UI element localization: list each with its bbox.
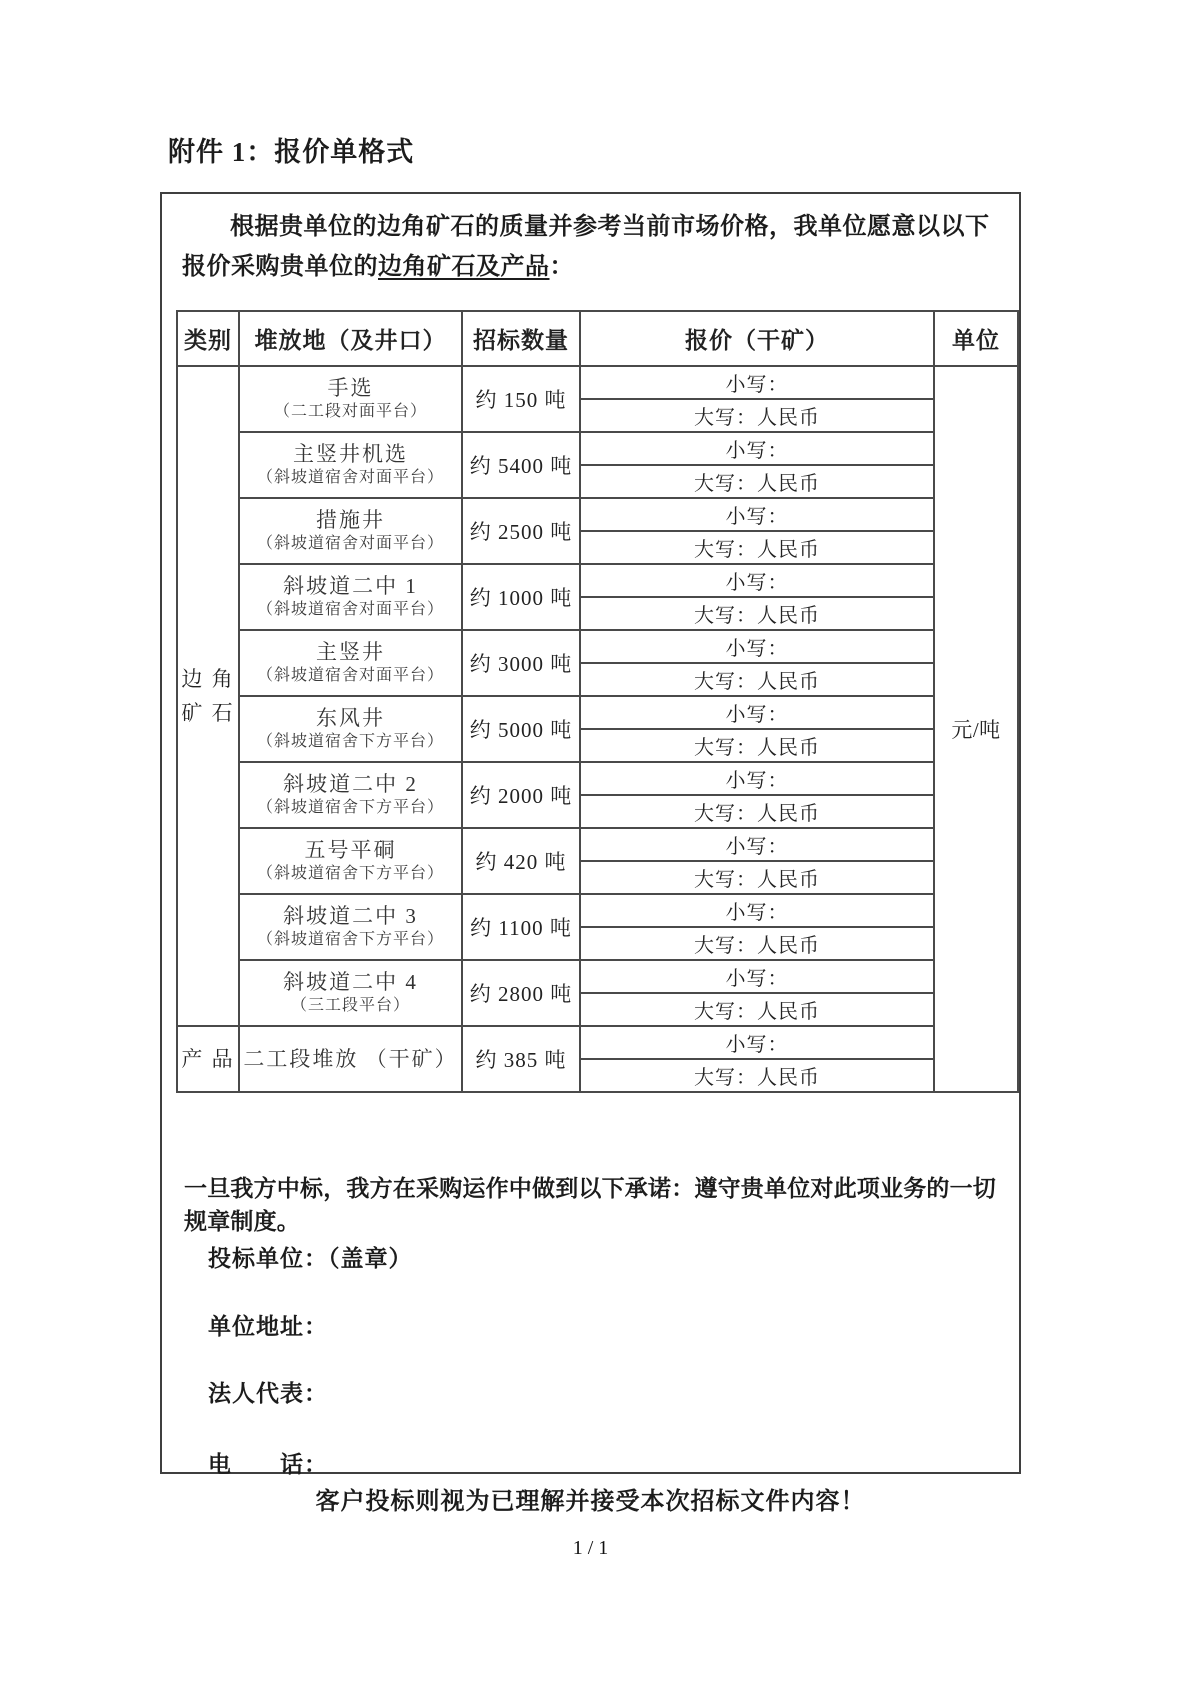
header-unit: 单位 [934, 311, 1018, 366]
quantity-cell: 约 2000 吨 [462, 762, 580, 828]
category-cell: 产 品 [177, 1026, 239, 1092]
location-name: 斜坡道二中 4 [240, 970, 461, 994]
intro-tail: ： [550, 254, 575, 280]
table-row: 措施井（斜坡道宿舍对面平台）约 2500 吨小写： [177, 498, 1018, 531]
header-quantity: 招标数量 [462, 311, 580, 366]
quote-uppercase-cell: 大写：人民币 [580, 531, 934, 564]
quantity-cell: 约 5000 吨 [462, 696, 580, 762]
intro-underlined-phrase: 边角矿石及产品 [378, 254, 550, 280]
document-title: 附件 1：报价单格式 [168, 130, 414, 169]
location-sublabel: （斜坡道宿舍下方平台） [240, 931, 461, 949]
quantity-cell: 约 3000 吨 [462, 630, 580, 696]
location-name: 斜坡道二中 1 [240, 574, 461, 598]
unit-cell: 元/吨 [934, 366, 1018, 1092]
quote-lowercase-cell: 小写： [580, 630, 934, 663]
quote-uppercase-cell: 大写：人民币 [580, 795, 934, 828]
quantity-cell: 约 2500 吨 [462, 498, 580, 564]
header-quote: 报价（干矿） [580, 311, 934, 366]
quote-uppercase-cell: 大写：人民币 [580, 1059, 934, 1092]
location-name: 主竖井机选 [240, 442, 461, 466]
document-page: 附件 1：报价单格式 根据贵单位的边角矿石的质量并参考当前市场价格，我单位愿意以… [0, 0, 1190, 1682]
quote-uppercase-cell: 大写：人民币 [580, 861, 934, 894]
location-name: 斜坡道二中 2 [240, 772, 461, 796]
table-row: 斜坡道二中 3（斜坡道宿舍下方平台）约 1100 吨小写： [177, 894, 1018, 927]
quote-lowercase-cell: 小写： [580, 894, 934, 927]
location-name: 主竖井 [240, 640, 461, 664]
table-row: 斜坡道二中 4（三工段平台）约 2800 吨小写： [177, 960, 1018, 993]
quote-lowercase-cell: 小写： [580, 960, 934, 993]
quantity-cell: 约 1000 吨 [462, 564, 580, 630]
legal-representative-label: 法人代表： [208, 1375, 328, 1408]
table-row: 主竖井（斜坡道宿舍对面平台）约 3000 吨小写： [177, 630, 1018, 663]
quantity-cell: 约 385 吨 [462, 1026, 580, 1092]
quote-lowercase-cell: 小写： [580, 366, 934, 399]
location-cell: 斜坡道二中 2（斜坡道宿舍下方平台） [239, 762, 462, 828]
quantity-cell: 约 1100 吨 [462, 894, 580, 960]
quote-lowercase-cell: 小写： [580, 696, 934, 729]
location-sublabel: （三工段平台） [240, 997, 461, 1015]
quote-lowercase-cell: 小写： [580, 762, 934, 795]
location-name: 斜坡道二中 3 [240, 904, 461, 928]
header-location: 堆放地（及井口） [239, 311, 462, 366]
quantity-cell: 约 5400 吨 [462, 432, 580, 498]
quote-uppercase-cell: 大写：人民币 [580, 729, 934, 762]
quote-lowercase-cell: 小写： [580, 432, 934, 465]
closing-note: 客户投标则视为已理解并接受本次招标文件内容！ [160, 1481, 1021, 1516]
quantity-cell: 约 2800 吨 [462, 960, 580, 1026]
quantity-cell: 约 420 吨 [462, 828, 580, 894]
category-cell: 边 角 矿 石 [177, 366, 239, 1026]
location-cell: 五号平硐（斜坡道宿舍下方平台） [239, 828, 462, 894]
table-row: 五号平硐（斜坡道宿舍下方平台）约 420 吨小写： [177, 828, 1018, 861]
intro-paragraph: 根据贵单位的边角矿石的质量并参考当前市场价格，我单位愿意以以下报价采购贵单位的边… [182, 207, 999, 287]
location-cell: 手选（二工段对面平台） [239, 366, 462, 432]
quote-uppercase-cell: 大写：人民币 [580, 927, 934, 960]
quantity-cell: 约 150 吨 [462, 366, 580, 432]
table-row: 斜坡道二中 1（斜坡道宿舍对面平台）约 1000 吨小写： [177, 564, 1018, 597]
location-name: 手选 [240, 376, 461, 400]
quote-uppercase-cell: 大写：人民币 [580, 465, 934, 498]
bidder-unit-label: 投标单位：（盖章） [208, 1240, 413, 1273]
table-row: 东风井（斜坡道宿舍下方平台）约 5000 吨小写： [177, 696, 1018, 729]
quote-uppercase-cell: 大写：人民币 [580, 597, 934, 630]
location-sublabel: （二工段对面平台） [240, 403, 461, 421]
table-row: 主竖井机选（斜坡道宿舍对面平台）约 5400 吨小写： [177, 432, 1018, 465]
phone-label: 电 话： [208, 1446, 328, 1479]
location-name: 五号平硐 [240, 838, 461, 862]
location-cell: 主竖井（斜坡道宿舍对面平台） [239, 630, 462, 696]
quote-lowercase-cell: 小写： [580, 498, 934, 531]
location-cell: 斜坡道二中 4（三工段平台） [239, 960, 462, 1026]
location-sublabel: （斜坡道宿舍下方平台） [240, 733, 461, 751]
commitment-text: 一旦我方中标，我方在采购运作中做到以下承诺：遵守贵单位对此项业务的一切规章制度。 [184, 1170, 999, 1236]
table-header-row: 类别 堆放地（及井口） 招标数量 报价（干矿） 单位 [177, 311, 1018, 366]
quotation-form-box: 根据贵单位的边角矿石的质量并参考当前市场价格，我单位愿意以以下报价采购贵单位的边… [160, 192, 1021, 1474]
location-cell: 措施井（斜坡道宿舍对面平台） [239, 498, 462, 564]
location-sublabel: （斜坡道宿舍下方平台） [240, 799, 461, 817]
header-category: 类别 [177, 311, 239, 366]
table-body: 边 角 矿 石手选（二工段对面平台）约 150 吨小写：元/吨大写：人民币主竖井… [177, 366, 1018, 1092]
location-cell: 斜坡道二中 3（斜坡道宿舍下方平台） [239, 894, 462, 960]
location-sublabel: （斜坡道宿舍对面平台） [240, 601, 461, 619]
page-number: 1 / 1 [160, 1537, 1021, 1560]
quote-lowercase-cell: 小写： [580, 564, 934, 597]
intro-lead: 根据贵单位的边角矿石的质量并参考当前市场价格，我单位愿意以以下报价采购贵单位的 [182, 214, 990, 280]
quote-uppercase-cell: 大写：人民币 [580, 399, 934, 432]
location-sublabel: （斜坡道宿舍下方平台） [240, 865, 461, 883]
location-cell: 主竖井机选（斜坡道宿舍对面平台） [239, 432, 462, 498]
location-name: 东风井 [240, 706, 461, 730]
location-cell: 东风井（斜坡道宿舍下方平台） [239, 696, 462, 762]
location-sublabel: （斜坡道宿舍对面平台） [240, 667, 461, 685]
quotation-table: 类别 堆放地（及井口） 招标数量 报价（干矿） 单位 边 角 矿 石手选（二工段… [176, 310, 1019, 1093]
location-sublabel: （斜坡道宿舍对面平台） [240, 535, 461, 553]
quote-uppercase-cell: 大写：人民币 [580, 993, 934, 1026]
quote-lowercase-cell: 小写： [580, 828, 934, 861]
location-cell: 二工段堆放 （干矿） [239, 1026, 462, 1092]
location-name: 措施井 [240, 508, 461, 532]
location-sublabel: （斜坡道宿舍对面平台） [240, 469, 461, 487]
quote-uppercase-cell: 大写：人民币 [580, 663, 934, 696]
location-cell: 斜坡道二中 1（斜坡道宿舍对面平台） [239, 564, 462, 630]
table-row: 产 品二工段堆放 （干矿）约 385 吨小写： [177, 1026, 1018, 1059]
unit-address-label: 单位地址： [208, 1308, 328, 1341]
quote-lowercase-cell: 小写： [580, 1026, 934, 1059]
location-name: 二工段堆放 （干矿） [240, 1047, 461, 1071]
table-row: 边 角 矿 石手选（二工段对面平台）约 150 吨小写：元/吨 [177, 366, 1018, 399]
table-row: 斜坡道二中 2（斜坡道宿舍下方平台）约 2000 吨小写： [177, 762, 1018, 795]
